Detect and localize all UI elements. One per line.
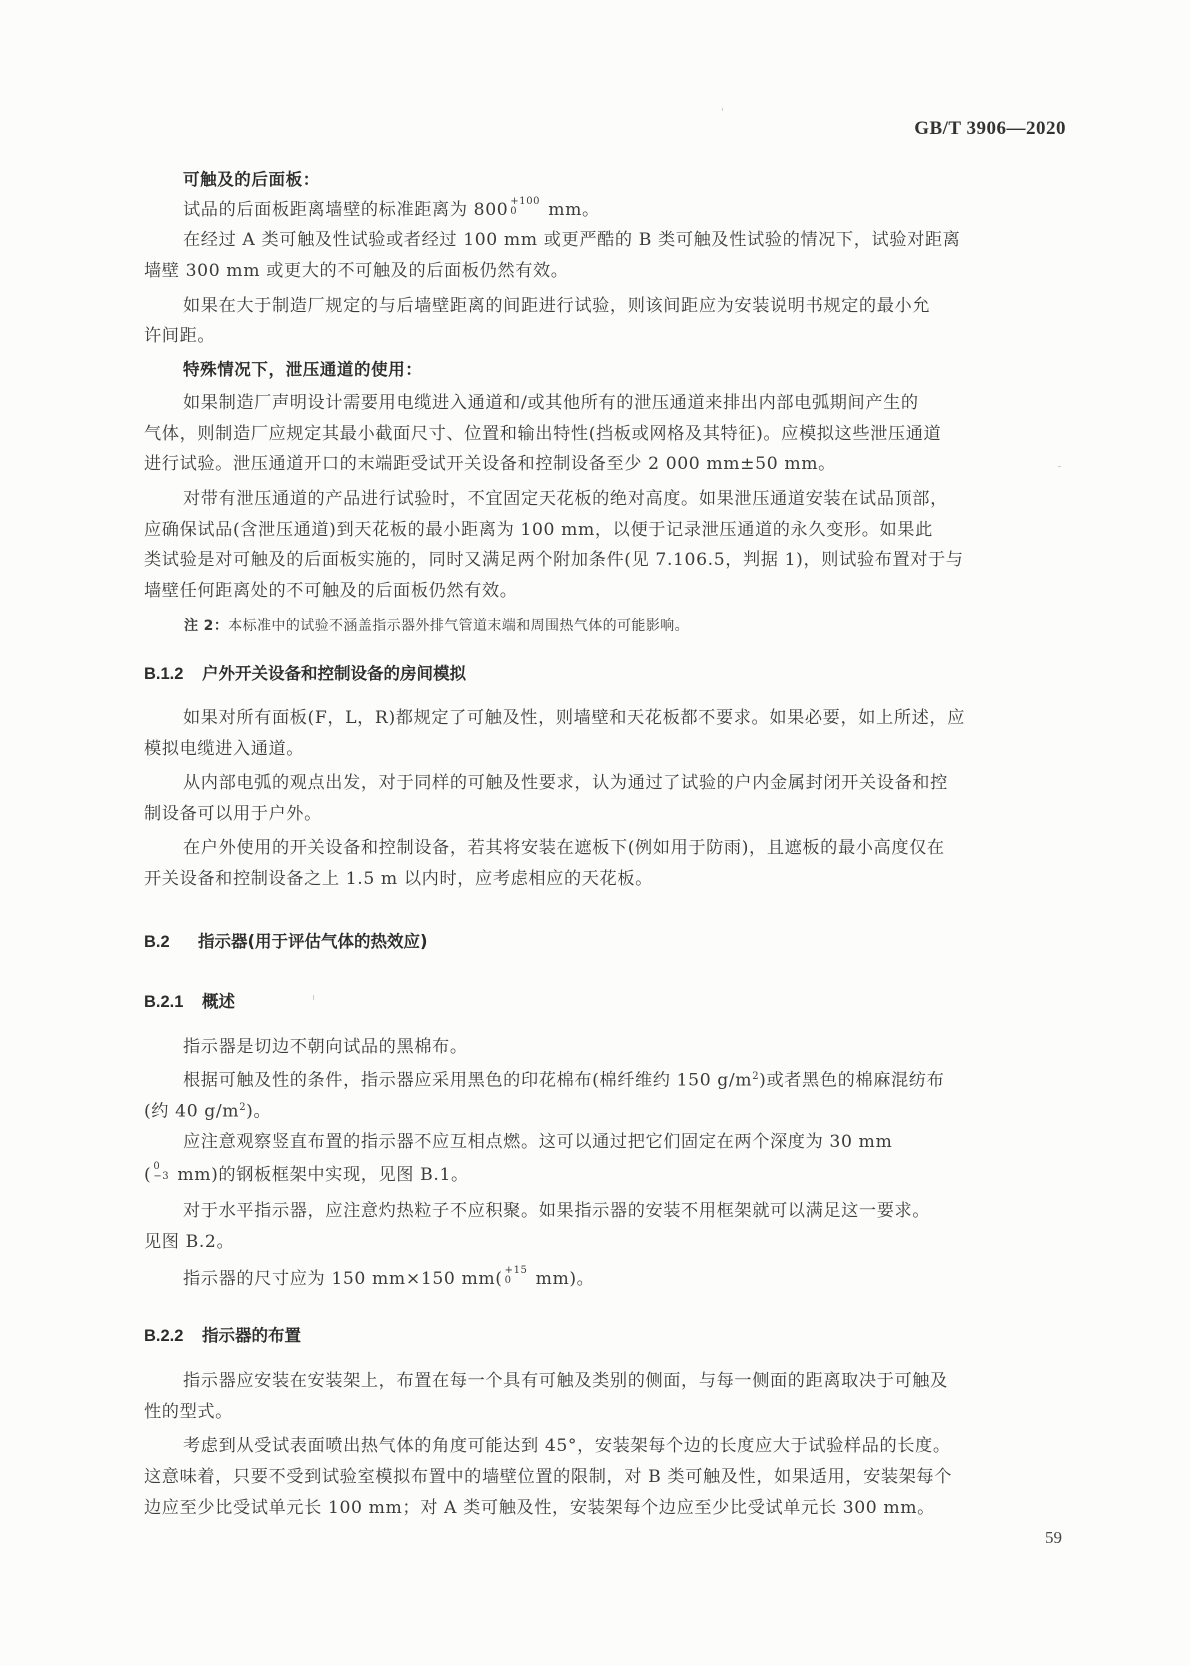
b21-paragraph-4-cont: 见图 B.2。 (144, 1227, 234, 1257)
document-page: GB/T 3906—2020 可触及的后面板： 试品的后面板距离墙壁的标准距离为… (0, 0, 1190, 1666)
b22-paragraph-1-cont: 性的型式。 (144, 1397, 233, 1427)
text: ( (144, 1165, 151, 1185)
text: 指示器的尺寸应为 150 mm×150 mm( (183, 1269, 503, 1289)
rear-panel-paragraph-3: 如果在大于制造厂规定的与后墙壁距离的间距进行试验，则该间距应为安装说明书规定的最… (183, 291, 930, 321)
section-heading-b2: B.2指示器(用于评估气体的热效应) (144, 928, 428, 952)
scan-speck (313, 995, 314, 1000)
tolerance: 0−3 (153, 1162, 169, 1182)
b21-paragraph-5: 指示器的尺寸应为 150 mm×150 mm(+150 mm)。 (183, 1264, 594, 1294)
tol-lower: 0 (510, 207, 540, 217)
b12-paragraph-1: 如果对所有面板(F，L，R)都规定了可触及性，则墙壁和天花板都不要求。如果必要，… (183, 703, 965, 733)
tol-lower: −3 (153, 1172, 169, 1182)
tol-upper: +15 (505, 1266, 528, 1276)
tol-lower: 0 (505, 1276, 528, 1286)
exhaust-paragraph-2-cont: 墙壁任何距离处的不可触及的后面板仍然有效。 (144, 576, 518, 606)
b12-paragraph-2-cont: 制设备可以用于户外。 (144, 799, 322, 829)
b22-paragraph-2: 考虑到从受试表面喷出热气体的角度可能达到 45°，安装架每个边的长度应大于试验样… (183, 1431, 951, 1461)
text: (约 40 g/m (144, 1102, 239, 1122)
rear-panel-paragraph-3-cont: 许间距。 (144, 321, 215, 351)
note-2: 注 2：本标准中的试验不涵盖指示器外排气管道末端和周围热气体的可能影响。 (184, 611, 689, 641)
scan-speck (722, 108, 723, 111)
rear-panel-heading: 可触及的后面板： (183, 165, 320, 195)
b21-paragraph-4: 对于水平指示器，应注意灼热粒子不应积聚。如果指示器的安装不用框架就可以满足这一要… (183, 1196, 930, 1226)
b21-paragraph-2: 根据可触及性的条件，指示器应采用黑色的印花棉布(棉纤维约 150 g/m2)或者… (183, 1062, 944, 1096)
section-title: 指示器的布置 (202, 1326, 301, 1345)
b12-paragraph-3-cont: 开关设备和控制设备之上 1.5 m 以内时，应考虑相应的天花板。 (144, 864, 653, 894)
tolerance: +150 (505, 1266, 528, 1286)
text: mm)的钢板框架中实现，见图 B.1。 (171, 1165, 469, 1185)
exhaust-paragraph-2-cont: 应确保试品(含泄压通道)到天花板的最小距离为 100 mm，以便于记录泄压通道的… (144, 515, 933, 545)
b22-paragraph-2-cont: 这意味着，只要不受到试验室模拟布置中的墙壁位置的限制，对 B 类可触及性，如果适… (144, 1462, 952, 1492)
exhaust-heading: 特殊情况下，泄压通道的使用： (183, 355, 422, 385)
b12-paragraph-3: 在户外使用的开关设备和控制设备，若其将安装在遮板下(例如用于防雨)，且遮板的最小… (183, 833, 945, 863)
rear-panel-paragraph-2: 在经过 A 类可触及性试验或者经过 100 mm 或更严酷的 B 类可触及性试验… (183, 225, 960, 255)
note-label: 注 2： (184, 618, 228, 634)
text: mm)。 (530, 1269, 595, 1289)
tol-upper: 0 (153, 1162, 169, 1172)
section-number: B.2.1 (144, 993, 202, 1012)
text: mm。 (542, 200, 600, 220)
section-number: B.2 (144, 933, 198, 952)
page-number: 59 (1045, 1528, 1062, 1548)
section-number: B.1.2 (144, 665, 202, 684)
text: 根据可触及性的条件，指示器应采用黑色的印花棉布(棉纤维约 150 g/m (183, 1071, 752, 1091)
text: 试品的后面板距离墙壁的标准距离为 800 (183, 200, 508, 220)
b22-paragraph-1: 指示器应安装在安装架上，布置在每一个具有可触及类别的侧面，与每一侧面的距离取决于… (183, 1366, 948, 1396)
b21-paragraph-1: 指示器是切边不朝向试品的黑棉布。 (183, 1032, 468, 1062)
scan-speck (1058, 466, 1061, 467)
b12-paragraph-2: 从内部电弧的观点出发，对于同样的可触及性要求，认为通过了试验的户内金属封闭开关设… (183, 768, 948, 798)
rear-panel-paragraph-1: 试品的后面板距离墙壁的标准距离为 800+1000 mm。 (183, 195, 600, 225)
exhaust-paragraph-1-cont: 气体，则制造厂应规定其最小截面尺寸、位置和输出特性(挡板或网格及其特征)。应模拟… (144, 419, 941, 449)
tolerance: +1000 (510, 197, 540, 217)
section-title: 户外开关设备和控制设备的房间模拟 (202, 664, 466, 683)
b21-paragraph-2-cont: (约 40 g/m2)。 (144, 1093, 271, 1127)
rear-panel-paragraph-2-cont: 墙壁 300 mm 或更大的不可触及的后面板仍然有效。 (144, 256, 569, 286)
b21-paragraph-3-cont: (0−3 mm)的钢板框架中实现，见图 B.1。 (144, 1160, 469, 1190)
b21-paragraph-3: 应注意观察竖直布置的指示器不应互相点燃。这可以通过把它们固定在两个深度为 30 … (183, 1127, 892, 1157)
section-heading-b22: B.2.2指示器的布置 (144, 1322, 301, 1346)
note-text: 本标准中的试验不涵盖指示器外排气管道末端和周围热气体的可能影响。 (228, 618, 689, 634)
exhaust-paragraph-2: 对带有泄压通道的产品进行试验时，不宜固定天花板的绝对高度。如果泄压通道安装在试品… (183, 484, 948, 514)
text: )或者黑色的棉麻混纺布 (759, 1071, 944, 1091)
section-heading-b12: B.1.2户外开关设备和控制设备的房间模拟 (144, 660, 466, 684)
section-title: 概述 (202, 992, 235, 1011)
exhaust-paragraph-2-cont: 类试验是对可触及的后面板实施的，同时又满足两个附加条件(见 7.106.5，判据… (144, 545, 964, 575)
standard-code: GB/T 3906—2020 (914, 118, 1066, 140)
exhaust-paragraph-1: 如果制造厂声明设计需要用电缆进入通道和/或其他所有的泄压通道来排出内部电弧期间产… (183, 388, 919, 418)
tol-upper: +100 (510, 197, 540, 207)
section-heading-b21: B.2.1概述 (144, 988, 235, 1012)
exhaust-paragraph-1-cont: 进行试验。泄压通道开口的末端距受试开关设备和控制设备至少 2 000 mm±50… (144, 449, 836, 479)
text: )。 (246, 1102, 271, 1122)
b22-paragraph-2-cont: 边应至少比受试单元长 100 mm；对 A 类可触及性，安装架每个边应至少比受试… (144, 1493, 935, 1523)
b12-paragraph-1-cont: 模拟电缆进入通道。 (144, 734, 304, 764)
section-number: B.2.2 (144, 1327, 202, 1346)
section-title: 指示器(用于评估气体的热效应) (198, 932, 428, 951)
